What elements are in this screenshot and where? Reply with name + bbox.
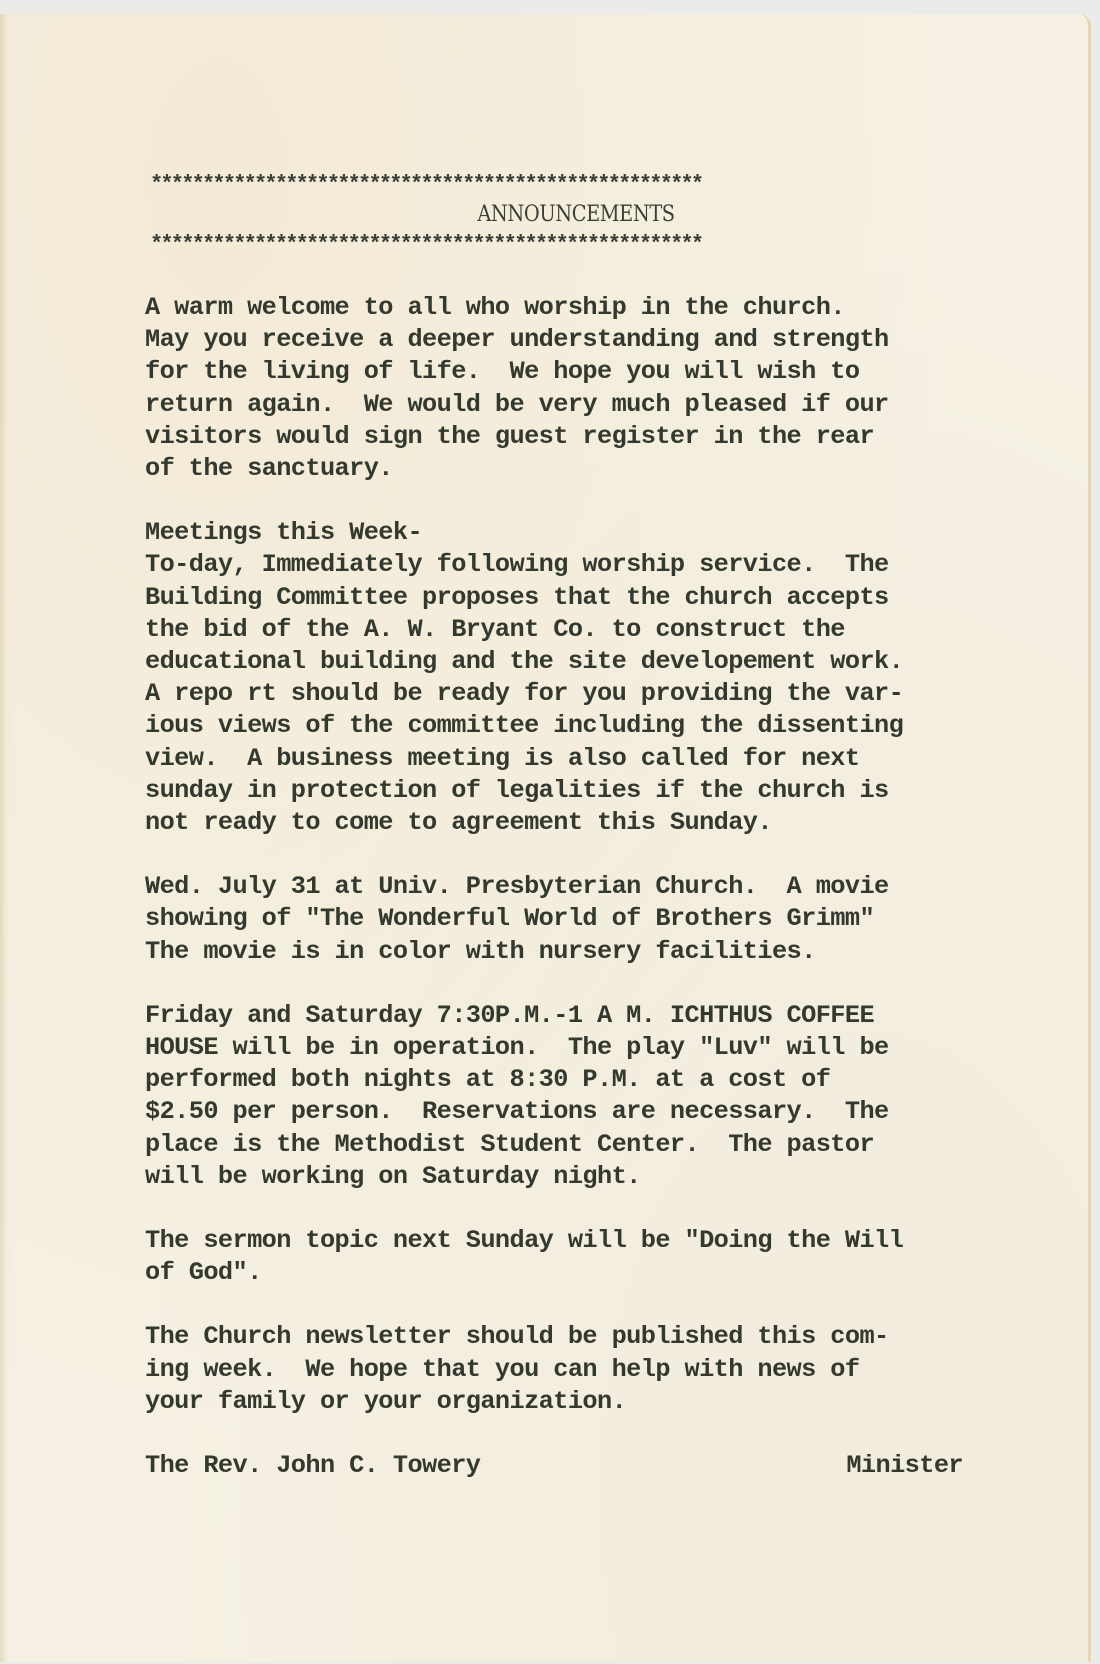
text-line: view. A business meeting is also called … [145, 743, 1005, 775]
asterisk-border-bottom: ****************************************… [150, 234, 1002, 256]
document-page: ****************************************… [0, 14, 1091, 1662]
text-line: Friday and Saturday 7:30P.M.-1 A M. ICHT… [145, 1000, 1005, 1032]
text-line: your family or your organization. [145, 1386, 1005, 1418]
text-line: of God". [145, 1257, 1005, 1289]
text-line: will be working on Saturday night. [145, 1161, 1005, 1193]
text-line: The sermon topic next Sunday will be "Do… [145, 1225, 1005, 1257]
text-line: of the sanctuary. [145, 453, 1005, 485]
text-line: the bid of the A. W. Bryant Co. to const… [145, 614, 1005, 646]
movie-paragraph: Wed. July 31 at Univ. Presbyterian Churc… [145, 871, 1005, 968]
text-line: visitors would sign the guest register i… [145, 421, 1005, 453]
text-line: showing of "The Wonderful World of Broth… [145, 903, 1005, 935]
welcome-paragraph: A warm welcome to all who worship in the… [145, 292, 1005, 485]
text-line: educational building and the site develo… [145, 646, 1005, 678]
asterisk-border-top: ****************************************… [150, 174, 1002, 196]
text-line: Building Committee proposes that the chu… [145, 582, 1005, 614]
text-line: $2.50 per person. Reservations are neces… [145, 1096, 1005, 1128]
text-line: Wed. July 31 at Univ. Presbyterian Churc… [145, 871, 1005, 903]
coffee-house-paragraph: Friday and Saturday 7:30P.M.-1 A M. ICHT… [145, 1000, 1005, 1193]
text-line: The movie is in color with nursery facil… [145, 936, 1005, 968]
page-title: ANNOUNCEMENTS [201, 202, 951, 227]
text-line: place is the Methodist Student Center. T… [145, 1129, 1005, 1161]
newsletter-paragraph: The Church newsletter should be publishe… [145, 1321, 1005, 1418]
text-line: May you receive a deeper understanding a… [145, 324, 1005, 356]
meetings-paragraph: Meetings this Week- To-day, Immediately … [145, 517, 1005, 839]
signature-role: Minister [846, 1450, 963, 1482]
signature-line: The Rev. John C. Towery Minister [145, 1450, 963, 1482]
text-line: To-day, Immediately following worship se… [145, 549, 1005, 581]
sermon-paragraph: The sermon topic next Sunday will be "Do… [145, 1225, 1005, 1289]
text-line: for the living of life. We hope you will… [145, 356, 1005, 388]
text-line: A repo rt should be ready for you provid… [145, 678, 1005, 710]
text-line: A warm welcome to all who worship in the… [145, 292, 1005, 324]
text-line: performed both nights at 8:30 P.M. at a … [145, 1064, 1005, 1096]
text-line: HOUSE will be in operation. The play "Lu… [145, 1032, 1005, 1064]
text-line: not ready to come to agreement this Sund… [145, 807, 1005, 839]
text-line: ing week. We hope that you can help with… [145, 1354, 1005, 1386]
section-heading: Meetings this Week- [145, 517, 1005, 549]
text-line: sunday in protection of legalities if th… [145, 775, 1005, 807]
announcement-body: A warm welcome to all who worship in the… [145, 292, 1005, 1482]
text-line: ious views of the committee including th… [145, 710, 1005, 742]
signature-name: The Rev. John C. Towery [145, 1450, 480, 1482]
text-line: return again. We would be very much plea… [145, 389, 1005, 421]
text-line: The Church newsletter should be publishe… [145, 1321, 1005, 1353]
